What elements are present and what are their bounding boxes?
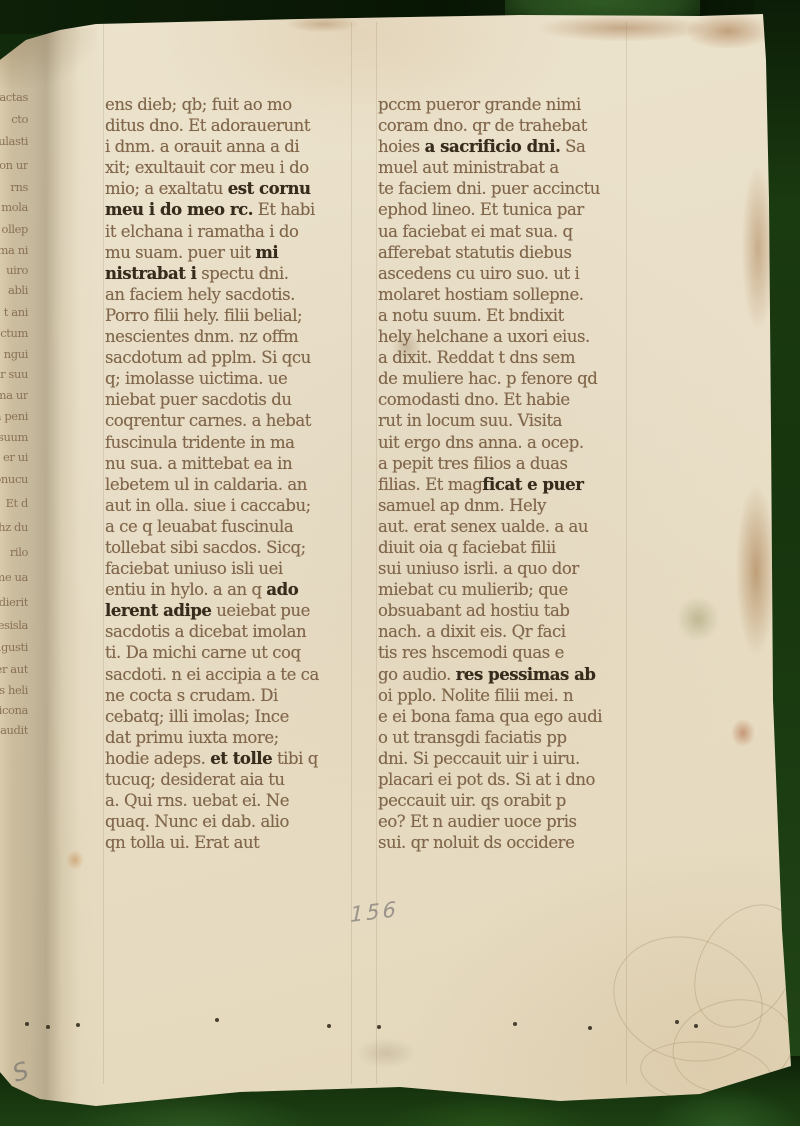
text-line: rut in locum suu. Visita [378, 410, 630, 431]
faded-ink-text: qn tolla ui. Erat aut [105, 833, 259, 852]
faded-ink-text: a notu suum. Et bndixit [378, 306, 564, 325]
stain-right-edge-lower [736, 486, 776, 656]
faded-ink-text: tucuq; desiderat aia tu [105, 770, 285, 789]
faded-ink-text: hodie adeps. [105, 749, 210, 768]
faded-ink-text: peccauit uir. qs orabit p [378, 791, 566, 810]
text-line: sacdoti. n ei accipia a te ca [105, 664, 357, 685]
faded-ink-text: oi pplo. Nolite filii mei. n [378, 686, 573, 705]
faded-ink-text: pccm pueror grande nimi [378, 95, 581, 114]
faded-ink-text: diuit oia q faciebat filii [378, 538, 556, 557]
faded-ink-text: nach. a dixit eis. Qr faci [378, 622, 566, 641]
text-line: nescientes dnm. nz offm [105, 326, 357, 347]
gutter-text-fragment: ma ni [0, 243, 28, 257]
text-line: dat primu iuxta more; [105, 727, 357, 748]
faded-ink-text: nu sua. a mittebat ea in [105, 454, 292, 473]
wormhole-dot [46, 1025, 50, 1029]
gutter-text-fragment: abli [0, 283, 28, 297]
gutter-text-fragment: rns [0, 180, 28, 194]
faded-ink-text: tibi q [272, 749, 318, 768]
faded-ink-text: de muliere hac. p fenore qd [378, 369, 597, 388]
gutter-text-fragment: s heli [0, 683, 28, 697]
faded-ink-text: obsuabant ad hostiu tab [378, 601, 569, 620]
folio-number-pencil: 156 [350, 897, 399, 927]
faded-ink-text: muel aut ministrabat a [378, 158, 559, 177]
faded-ink-text: ascedens cu uiro suo. ut i [378, 264, 579, 283]
wormhole-dot [76, 1023, 80, 1027]
retraced-ink-text: res pessimas ab [456, 665, 596, 684]
text-line: niebat puer sacdotis du [105, 389, 357, 410]
faded-ink-text: eo? Et n audier uoce pris [378, 812, 577, 831]
faded-ink-text: o ut transgdi faciatis pp [378, 728, 567, 747]
text-line: oi pplo. Nolite filii mei. n [378, 685, 630, 706]
ruling-line [376, 22, 377, 1084]
text-line: hoies a sacrificio dni. Sa [378, 136, 630, 157]
gutter-text-fragment: cto [0, 112, 28, 126]
wormhole-dot [25, 1022, 29, 1026]
gutter-text-fragment: me ua [0, 570, 28, 584]
faded-ink-text: niebat puer sacdotis du [105, 390, 292, 409]
gutter-text-fragment: ulasti [0, 134, 28, 148]
text-line: a ce q leuabat fuscinula [105, 516, 357, 537]
faded-ink-text: sui uniuso isrli. a quo dor [378, 559, 579, 578]
text-line: ascedens cu uiro suo. ut i [378, 263, 630, 284]
faded-ink-text: ditus dno. Et adorauerunt [105, 116, 310, 135]
gutter-text-fragment: a peni [0, 409, 28, 423]
wormhole-dot [588, 1026, 592, 1030]
text-line: tucuq; desiderat aia tu [105, 769, 357, 790]
text-line: ens dieb; qb; fuit ao mo [105, 94, 357, 115]
gutter-text-fragment: actas [0, 90, 28, 104]
faded-ink-text: tis res hscemodi quas e [378, 643, 564, 662]
faded-ink-text: samuel ap dnm. Hely [378, 496, 546, 515]
text-line: ne cocta s crudam. Di [105, 685, 357, 706]
facing-page-text-edge: actasctoulastion urrnsmolaollepma niuiro… [0, 0, 30, 1126]
faded-ink-text: coqrentur carnes. a hebat [105, 411, 311, 430]
text-line: o ut transgdi faciatis pp [378, 727, 630, 748]
text-line: nu sua. a mittebat ea in [105, 453, 357, 474]
faded-ink-text: a dixit. Reddat t dns sem [378, 348, 575, 367]
text-line: a pepit tres filios a duas [378, 453, 630, 474]
retraced-ink-text: ficat e puer [482, 475, 583, 494]
faded-ink-text: uit ergo dns anna. a ocep. [378, 433, 584, 452]
text-line: coram dno. qr de trahebat [378, 115, 630, 136]
manuscript-photo: { "photo": { "folio_number_pencil": "156… [0, 0, 800, 1126]
text-line: sacdotum ad pplm. Si qcu [105, 347, 357, 368]
text-line: eo? Et n audier uoce pris [378, 811, 630, 832]
text-line: mio; a exaltatu est cornu [105, 178, 357, 199]
text-line: sui. qr noluit ds occidere [378, 832, 630, 853]
text-line: ti. Da michi carne ut coq [105, 642, 357, 663]
text-column-right: pccm pueror grande nimicoram dno. qr de … [378, 94, 630, 853]
text-line: placari ei pot ds. Si at i dno [378, 769, 630, 790]
faded-ink-text: an faciem hely sacdotis. [105, 285, 295, 304]
faded-ink-text: tollebat sibi sacdos. Sicq; [105, 538, 306, 557]
faded-ink-text: a ce q leuabat fuscinula [105, 517, 293, 536]
wormhole-dot [327, 1024, 331, 1028]
retraced-ink-text: a sacrificio dni. [425, 137, 561, 156]
text-line: comodasti dno. Et habie [378, 389, 630, 410]
text-line: meu i do meo rc. Et habi [105, 199, 357, 220]
faded-ink-text: spectu dni. [196, 264, 288, 283]
retraced-ink-text: et tolle [210, 749, 272, 768]
faded-ink-text: afferebat statutis diebus [378, 243, 572, 262]
stain-bottom-smudge [356, 1038, 416, 1068]
text-line: aut in olla. siue i caccabu; [105, 495, 357, 516]
faded-ink-text: cebatq; illi imolas; Ince [105, 707, 289, 726]
faded-ink-text: molaret hostiam sollepne. [378, 285, 584, 304]
faded-ink-text: dat primu iuxta more; [105, 728, 279, 747]
stain-olive-specks [676, 596, 720, 642]
faded-ink-text: ne cocta s crudam. Di [105, 686, 278, 705]
stain-top-right-corner [688, 14, 768, 48]
gutter-text-fragment: dierit [0, 595, 28, 609]
text-line: entiu in hylo. a an q ado [105, 579, 357, 600]
text-line: obsuabant ad hostiu tab [378, 600, 630, 621]
text-line: te faciem dni. puer accinctu [378, 178, 630, 199]
text-line: dni. Si peccauit uir i uiru. [378, 748, 630, 769]
retraced-ink-text: nistrabat i [105, 264, 196, 283]
text-line: coqrentur carnes. a hebat [105, 410, 357, 431]
text-line: sui uniuso isrli. a quo dor [378, 558, 630, 579]
text-line: aut. erat senex ualde. a au [378, 516, 630, 537]
text-line: a. Qui rns. uebat ei. Ne [105, 790, 357, 811]
retraced-ink-text: ado [266, 580, 298, 599]
faded-ink-text: sui. qr noluit ds occidere [378, 833, 574, 852]
faded-ink-text: Et habi [253, 200, 315, 219]
faded-ink-text: ua faciebat ei mat sua. q [378, 222, 573, 241]
faded-ink-text: go audio. [378, 665, 456, 684]
gutter-text-fragment: ma ur [0, 388, 28, 402]
retraced-ink-text: mi [255, 243, 278, 262]
gutter-text-fragment: er ui [0, 450, 28, 464]
gutter-text-fragment: audit [0, 723, 28, 737]
faded-ink-text: sacdoti. n ei accipia a te ca [105, 665, 319, 684]
faded-ink-text: dni. Si peccauit uir i uiru. [378, 749, 580, 768]
gutter-text-fragment: ugusti [0, 640, 28, 654]
text-line: miebat cu mulierib; que [378, 579, 630, 600]
text-line: mu suam. puer uit mi [105, 242, 357, 263]
gutter-text-fragment: ngui [0, 347, 28, 361]
faded-ink-text: ti. Da michi carne ut coq [105, 643, 301, 662]
wormhole-dot [694, 1024, 698, 1028]
text-line: xit; exultauit cor meu i do [105, 157, 357, 178]
retraced-ink-text: lerent adipe [105, 601, 211, 620]
faded-ink-text: it elchana i ramatha i do [105, 222, 298, 241]
stain-right-edge-upper [742, 168, 774, 328]
text-line: it elchana i ramatha i do [105, 221, 357, 242]
gutter-text-fragment: on ur [0, 158, 28, 172]
faded-ink-text: Porro filii hely. filii belial; [105, 306, 302, 325]
wormhole-dot [675, 1020, 679, 1024]
text-line: fuscinula tridente in ma [105, 432, 357, 453]
text-line: de muliere hac. p fenore qd [378, 368, 630, 389]
faded-ink-text: quaq. Nunc ei dab. alio [105, 812, 289, 831]
faded-ink-text: a. Qui rns. uebat ei. Ne [105, 791, 289, 810]
faded-ink-text: miebat cu mulierib; que [378, 580, 568, 599]
gutter-text-fragment: hz du [0, 520, 28, 534]
text-line: quaq. Nunc ei dab. alio [105, 811, 357, 832]
faded-ink-text: ueiebat pue [211, 601, 310, 620]
gutter-text-fragment: t ani [0, 305, 28, 319]
text-line: ditus dno. Et adorauerunt [105, 115, 357, 136]
text-line: a notu suum. Et bndixit [378, 305, 630, 326]
faded-ink-text: filias. Et mag [378, 475, 482, 494]
faded-ink-text: e ei bona fama qua ego audi [378, 707, 602, 726]
text-line: tollebat sibi sacdos. Sicq; [105, 537, 357, 558]
faded-ink-text: aut in olla. siue i caccabu; [105, 496, 311, 515]
text-line: tis res hscemodi quas e [378, 642, 630, 663]
text-line: samuel ap dnm. Hely [378, 495, 630, 516]
text-line: filias. Et magficat e puer [378, 474, 630, 495]
gutter-text-fragment: ctum [0, 326, 28, 340]
text-line: ua faciebat ei mat sua. q [378, 221, 630, 242]
text-line: qn tolla ui. Erat aut [105, 832, 357, 853]
text-line: uit ergo dns anna. a ocep. [378, 432, 630, 453]
faded-ink-text: aut. erat senex ualde. a au [378, 517, 588, 536]
wormhole-dot [215, 1018, 219, 1022]
faded-ink-text: comodasti dno. Et habie [378, 390, 570, 409]
text-column-left: ens dieb; qb; fuit ao moditus dno. Et ad… [105, 94, 357, 853]
gutter-text-fragment: mola [0, 200, 28, 214]
text-line: muel aut ministrabat a [378, 157, 630, 178]
ruling-line [103, 22, 104, 1084]
faded-ink-text: sacdotis a dicebat imolan [105, 622, 306, 641]
wormhole-dot [513, 1022, 517, 1026]
gutter-text-fragment: icona [0, 703, 28, 717]
wormhole-dot [377, 1025, 381, 1029]
faded-ink-text: hely helchane a uxori eius. [378, 327, 590, 346]
text-line: diuit oia q faciebat filii [378, 537, 630, 558]
text-line: i dnm. a orauit anna a di [105, 136, 357, 157]
text-line: molaret hostiam sollepne. [378, 284, 630, 305]
faded-ink-text: coram dno. qr de trahebat [378, 116, 587, 135]
stain-top-middle [288, 16, 358, 32]
text-line: afferebat statutis diebus [378, 242, 630, 263]
text-line: nach. a dixit eis. Qr faci [378, 621, 630, 642]
faded-ink-text: q; imolasse uictima. ue [105, 369, 287, 388]
retraced-ink-text: meu i do meo rc. [105, 200, 253, 219]
text-line: q; imolasse uictima. ue [105, 368, 357, 389]
text-line: lerent adipe ueiebat pue [105, 600, 357, 621]
gutter-text-fragment: uiro [0, 263, 28, 277]
gutter-text-fragment: er aut [0, 662, 28, 676]
text-line: e ei bona fama qua ego audi [378, 706, 630, 727]
text-line: nistrabat i spectu dni. [105, 263, 357, 284]
faded-ink-text: mio; a exaltatu [105, 179, 228, 198]
faded-ink-text: mu suam. puer uit [105, 243, 255, 262]
faded-ink-text: i dnm. a orauit anna a di [105, 137, 299, 156]
faded-ink-text: nescientes dnm. nz offm [105, 327, 298, 346]
faded-ink-text: xit; exultauit cor meu i do [105, 158, 309, 177]
text-line: hodie adeps. et tolle tibi q [105, 748, 357, 769]
faded-ink-text: rut in locum suu. Visita [378, 411, 562, 430]
stain-red-spot [731, 719, 755, 747]
faded-ink-text: Sa [560, 137, 585, 156]
faded-ink-text: hoies [378, 137, 425, 156]
text-line: cebatq; illi imolas; Ince [105, 706, 357, 727]
gutter-text-fragment: ar suu [0, 367, 28, 381]
text-line: Porro filii hely. filii belial; [105, 305, 357, 326]
gutter-text-fragment: ollep [0, 222, 28, 236]
faded-ink-text: ephod lineo. Et tunica par [378, 200, 584, 219]
text-line: pccm pueror grande nimi [378, 94, 630, 115]
text-line: ephod lineo. Et tunica par [378, 199, 630, 220]
faded-ink-text: a pepit tres filios a duas [378, 454, 568, 473]
text-line: a dixit. Reddat t dns sem [378, 347, 630, 368]
gutter-text-fragment: onucu [0, 472, 28, 486]
faded-ink-text: te faciem dni. puer accinctu [378, 179, 600, 198]
text-line: hely helchane a uxori eius. [378, 326, 630, 347]
faded-ink-text: lebetem ul in caldaria. an [105, 475, 307, 494]
faded-ink-text: fuscinula tridente in ma [105, 433, 295, 452]
faded-ink-text: ens dieb; qb; fuit ao mo [105, 95, 292, 114]
text-line: go audio. res pessimas ab [378, 664, 630, 685]
gutter-text-fragment: rilo [0, 545, 28, 559]
text-line: peccauit uir. qs orabit p [378, 790, 630, 811]
gutter-text-fragment: esisla [0, 618, 28, 632]
text-line: sacdotis a dicebat imolan [105, 621, 357, 642]
text-line: an faciem hely sacdotis. [105, 284, 357, 305]
stain-top-edge [540, 15, 705, 41]
gutter-text-fragment: Et d [0, 496, 28, 510]
retraced-ink-text: est cornu [228, 179, 311, 198]
gutter-text-fragment: suum [0, 430, 28, 444]
faded-ink-text: placari ei pot ds. Si at i dno [378, 770, 595, 789]
text-line: faciebat uniuso isli uei [105, 558, 357, 579]
faded-ink-text: faciebat uniuso isli uei [105, 559, 283, 578]
faded-ink-text: sacdotum ad pplm. Si qcu [105, 348, 311, 367]
text-line: lebetem ul in caldaria. an [105, 474, 357, 495]
manuscript-page: actasctoulastion urrnsmolaollepma niuiro… [0, 0, 800, 1126]
faded-ink-text: entiu in hylo. a an q [105, 580, 266, 599]
